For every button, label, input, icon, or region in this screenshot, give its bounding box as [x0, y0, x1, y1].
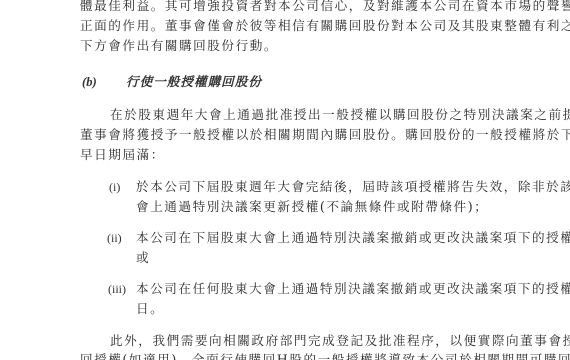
list-item-3-line-2: 日。 — [136, 301, 164, 317]
list-item-2-line-2: 或 — [136, 250, 150, 266]
document-page: 體最佳利益。其可增強投資者對本公司信心，及對維護本公司在資本市場的聲譽起到 正面… — [0, 0, 570, 360]
intro-line-2: 正面的作用。董事會僅會於彼等相信有關購回股份對本公司及其股東整體有利之情況 — [80, 18, 570, 34]
list-item-1-line-2: 會上通過特別決議案更新授權(不論無條件或附帶條件)； — [136, 199, 488, 215]
section-heading: (b) 行使一般授權購回股份 — [82, 74, 482, 90]
list-item-marker: (i) — [109, 179, 120, 195]
list-item-1-line-1: 於本公司下屆股東週年大會完結後，屆時該項授權將告失效，除非於該大 — [136, 179, 570, 195]
list-item-3-line-1: 本公司在任何股東大會上通過特別決議案撤銷或更改決議案項下的授權之 — [136, 281, 570, 297]
list-item-2-line-1: 本公司在下屆股東大會上通過特別決議案撤銷或更改決議案項下的授權； — [136, 230, 570, 246]
list-item-marker: (ii) — [107, 230, 122, 246]
paragraph-3-line-2: 回授權(如適用)。全面行使購回H股的一般授權將導致本公司於相關期間可購回最多 — [80, 352, 570, 360]
paragraph-2-line-1: 在於股東週年大會上通過批准授出一般授權以購回股份之特別決議案之前提下， — [110, 107, 570, 123]
intro-line-3: 下方會作出有關購回股份行動。 — [80, 38, 278, 54]
section-title: 行使一般授權購回股份 — [126, 74, 262, 90]
paragraph-2-line-2: 董事會將獲授予一般授權以於相關期間內購回股份。購回股份的一般授權將於下列較 — [80, 127, 570, 143]
paragraph-2-line-3: 早日期屆滿： — [80, 147, 165, 163]
section-number: (b) — [82, 74, 97, 90]
list-item-marker: (iii) — [108, 281, 126, 297]
intro-line-1: 體最佳利益。其可增強投資者對本公司信心，及對維護本公司在資本市場的聲譽起到 — [80, 0, 570, 14]
paragraph-3-line-1: 此外，我們需要向相關政府部門完成登記及批准程序，以便實際向董事會授予購 — [110, 333, 570, 349]
